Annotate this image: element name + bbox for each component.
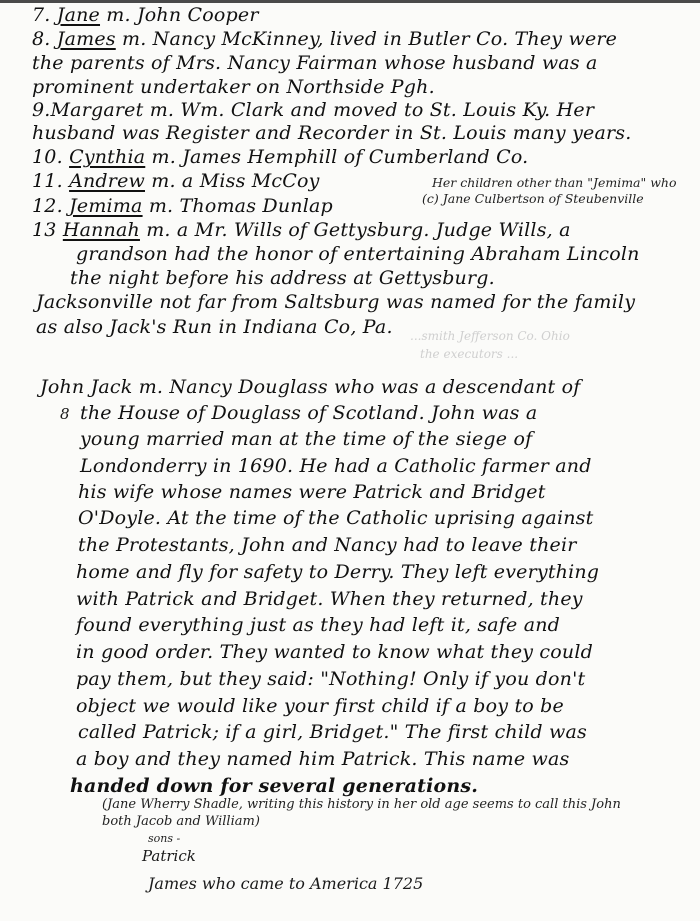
entry-number: 7. — [32, 4, 51, 26]
story-line-5: his wife whose names were Patrick and Br… — [78, 483, 546, 502]
entry-text: the parents of Mrs. Nancy Fairman whose … — [32, 52, 598, 74]
story-line-10: found everything just as they had left i… — [76, 616, 560, 635]
bleedthrough-text-2: the executors ... — [420, 348, 518, 360]
story-line-13: object we would like your first child if… — [76, 697, 564, 716]
entry-text: prominent undertaker on Northside Pgh. — [32, 76, 435, 98]
child-entry-7: 7. Jane m. John Cooper — [32, 6, 259, 25]
entry-text: m. a Mr. Wills of Gettysburg. Judge Will… — [140, 219, 571, 241]
entry-number: 11. — [32, 170, 63, 192]
entry-text: m. James Hemphill of Cumberland Co. — [145, 146, 528, 168]
sons-label: sons - — [148, 833, 180, 844]
story-line-7: the Protestants, John and Nancy had to l… — [78, 536, 577, 555]
entry-text: m. Wm. Clark and moved to St. Louis Ky. … — [143, 99, 594, 121]
child-entry-8: 8. James m. Nancy McKinney, lived in But… — [32, 30, 617, 49]
child-name: James — [57, 28, 116, 50]
jemima-annotation-line-2: (c) Jane Culbertson of Steubenville — [422, 193, 644, 206]
story-line-1: John Jack m. Nancy Douglass who was a de… — [40, 378, 581, 397]
footnote-line-2: both Jacob and William) — [102, 815, 260, 828]
child-name: Andrew — [69, 170, 145, 192]
son-james: James who came to America 1725 — [148, 876, 423, 892]
child-entry-10: 10. Cynthia m. James Hemphill of Cumberl… — [32, 148, 528, 167]
story-line-3: young married man at the time of the sie… — [80, 430, 532, 449]
place-note-line-2: as also Jack's Run in Indiana Co, Pa. — [36, 318, 393, 337]
child-entry-9: 9.Margaret m. Wm. Clark and moved to St.… — [32, 101, 594, 120]
entry-text: grandson had the honor of entertaining A… — [76, 243, 640, 265]
entry-text: m. John Cooper — [100, 4, 259, 26]
son-patrick: Patrick — [142, 849, 196, 864]
child-entry-13-cont-2: the night before his address at Gettysbu… — [70, 269, 495, 288]
child-entry-8-cont-1: the parents of Mrs. Nancy Fairman whose … — [32, 54, 598, 73]
story-line-16: handed down for several generations. — [70, 777, 478, 796]
manuscript-page: 7. Jane m. John Cooper 8. James m. Nancy… — [0, 0, 700, 921]
place-note-line-1: Jacksonville not far from Saltsburg was … — [36, 293, 635, 312]
story-line-2: the House of Douglass of Scotland. John … — [80, 404, 537, 423]
entry-number: 12. — [32, 195, 63, 217]
child-entry-13: 13 Hannah m. a Mr. Wills of Gettysburg. … — [32, 221, 571, 240]
story-line-4: Londonderry in 1690. He had a Catholic f… — [80, 457, 592, 476]
child-entry-13-cont-1: grandson had the honor of entertaining A… — [76, 245, 640, 264]
child-entry-8-cont-2: prominent undertaker on Northside Pgh. — [32, 78, 435, 97]
story-line-8: home and fly for safety to Derry. They l… — [76, 563, 599, 582]
entry-number: 13 — [32, 219, 57, 241]
story-line-11: in good order. They wanted to know what … — [76, 643, 593, 662]
story-line-6: O'Doyle. At the time of the Catholic upr… — [78, 509, 593, 528]
child-name: Hannah — [63, 219, 140, 241]
entry-text: m. a Miss McCoy — [145, 170, 320, 192]
entry-number: 10. — [32, 146, 63, 168]
jemima-annotation-line-1: Her children other than "Jemima" who — [432, 177, 677, 190]
story-line-12: pay them, but they said: "Nothing! Only … — [76, 670, 585, 689]
entry-text: m. Nancy McKinney, lived in Butler Co. T… — [116, 28, 617, 50]
child-name: Cynthia — [69, 146, 145, 168]
child-entry-11: 11. Andrew m. a Miss McCoy — [32, 172, 320, 191]
child-entry-9-cont: husband was Register and Recorder in St.… — [32, 124, 631, 143]
entry-text: m. Thomas Dunlap — [143, 195, 333, 217]
entry-number: 8. — [32, 28, 51, 50]
footnote-line-1: (Jane Wherry Shadle, writing this histor… — [102, 798, 621, 811]
child-name: Jane — [57, 4, 100, 26]
entry-text: husband was Register and Recorder in St.… — [32, 122, 631, 144]
entry-number: 9. — [32, 99, 51, 121]
child-name: Margaret — [51, 99, 144, 121]
bleedthrough-text-1: ...smith Jefferson Co. Ohio — [410, 330, 570, 342]
margin-mark: 8 — [60, 407, 70, 422]
story-line-9: with Patrick and Bridget. When they retu… — [76, 590, 583, 609]
child-entry-12: 12. Jemima m. Thomas Dunlap — [32, 197, 333, 216]
story-line-14: called Patrick; if a girl, Bridget." The… — [78, 723, 587, 742]
child-name: Jemima — [69, 195, 143, 217]
story-line-15: a boy and they named him Patrick. This n… — [76, 750, 569, 769]
entry-text: the night before his address at Gettysbu… — [70, 267, 495, 289]
